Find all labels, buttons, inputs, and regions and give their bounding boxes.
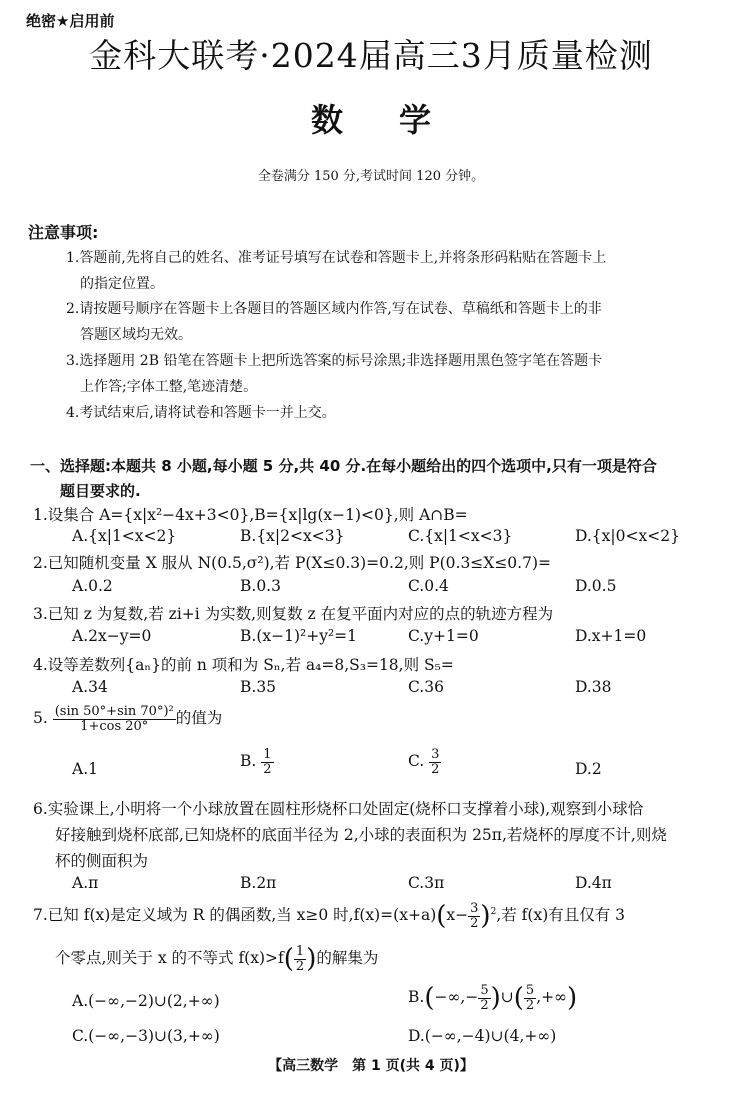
question-2-option-d[interactable]: D.0.5 — [575, 577, 616, 595]
paren-close: ) — [567, 983, 577, 1013]
question-6-stem-line1: 6.实验课上,小明将一个小球放置在圆柱形烧杯口处固定(烧杯口支撑着小球),观察到… — [33, 797, 643, 819]
question-2-option-c[interactable]: C.0.4 — [408, 577, 449, 595]
notice-heading: 注意事项: — [28, 220, 98, 243]
paren-close: ) — [480, 901, 490, 931]
option-text: ,+∞ — [536, 988, 567, 1006]
section-heading-cont: 题目要求的. — [60, 480, 141, 501]
question-7-option-a[interactable]: A.(−∞,−2)∪(2,+∞) — [72, 992, 220, 1010]
question-1-option-c[interactable]: C.{x|1<x<3} — [408, 527, 512, 545]
exam-title: 金科大联考·2024届高三3月质量检测 — [0, 30, 742, 77]
option-label: B. — [240, 752, 256, 770]
stem-text: 个零点,则关于 x 的不等式 f(x)>f — [55, 949, 284, 967]
numerator: 1 — [261, 748, 273, 763]
question-5-option-a[interactable]: A.1 — [72, 760, 98, 778]
question-5-denominator: 1+cos 20° — [53, 720, 176, 734]
question-4-option-a[interactable]: A.34 — [72, 678, 108, 696]
question-7-stem-line2: 个零点,则关于 x 的不等式 f(x)>f(12)的解集为 — [55, 945, 378, 973]
option-label: B. — [408, 988, 424, 1006]
subject-title: 数学 — [0, 95, 742, 141]
question-3-option-b[interactable]: B.(x−1)²+y²=1 — [240, 627, 357, 645]
question-1-option-b[interactable]: B.{x|2<x<3} — [240, 527, 344, 545]
question-6-option-d[interactable]: D.4π — [575, 874, 612, 892]
question-7-option-b[interactable]: B.(−∞,−52)∪(52,+∞) — [408, 984, 577, 1012]
question-1-option-d[interactable]: D.{x|0<x<2} — [575, 527, 680, 545]
paren-open: ( — [284, 944, 294, 974]
confidential-label: 绝密★启用前 — [26, 10, 114, 31]
question-3-option-d[interactable]: D.x+1=0 — [575, 627, 646, 645]
numerator: 5 — [524, 984, 536, 999]
denominator: 2 — [261, 763, 273, 777]
denominator: 2 — [429, 763, 441, 777]
notice-item-2-cont: 答题区域均无效。 — [80, 324, 192, 344]
question-5-stem: 5. (sin 50°+sin 70°)² 1+cos 20° 的值为 — [33, 705, 222, 733]
option-label: A. — [72, 760, 88, 778]
paren-open: ( — [436, 901, 446, 931]
subject-char-1: 数 — [311, 101, 343, 139]
question-7-option-c[interactable]: C.(−∞,−3)∪(3,+∞) — [72, 1027, 220, 1045]
question-2-option-a[interactable]: A.0.2 — [72, 577, 113, 595]
fraction: 52 — [524, 984, 536, 1012]
paren-open: ( — [514, 983, 524, 1013]
stem-text: 7.已知 f(x)是定义域为 R 的偶函数,当 x≥0 时,f(x)=(x+a) — [33, 906, 436, 924]
question-4-option-d[interactable]: D.38 — [575, 678, 612, 696]
question-6-option-a[interactable]: A.π — [72, 874, 98, 892]
full-score-note: 全卷满分 150 分,考试时间 120 分钟。 — [0, 165, 742, 184]
numerator: 3 — [429, 748, 441, 763]
question-5-fraction: (sin 50°+sin 70°)² 1+cos 20° — [53, 705, 176, 733]
question-6-stem-line3: 杯的侧面积为 — [55, 849, 148, 871]
page-footer: 【高三数学 第 1 页(共 4 页)】 — [0, 1055, 742, 1075]
fraction: 12 — [294, 945, 306, 973]
denominator: 2 — [294, 960, 306, 974]
question-4-stem: 4.设等差数列{aₙ}的前 n 项和为 Sₙ,若 a₄=8,S₃=18,则 S₅… — [33, 653, 454, 675]
question-6-stem-line2: 好接触到烧杯底部,已知烧杯的底面半径为 2,小球的表面积为 25π,若烧杯的厚度… — [55, 823, 667, 845]
notice-item-4: 4.考试结束后,请将试卷和答题卡一并上交。 — [66, 402, 336, 422]
denominator: 2 — [468, 917, 480, 931]
numerator: 5 — [478, 984, 490, 999]
section-heading: 一、选择题:本题共 8 小题,每小题 5 分,共 40 分.在每小题给出的四个选… — [30, 455, 657, 476]
question-5-numerator: (sin 50°+sin 70°)² — [53, 705, 176, 720]
notice-item-1-cont: 的指定位置。 — [80, 273, 164, 293]
question-3-option-c[interactable]: C.y+1=0 — [408, 627, 479, 645]
paren-close: ) — [491, 983, 501, 1013]
denominator: 2 — [478, 999, 490, 1013]
option-text: −∞,− — [434, 988, 478, 1006]
numerator: 3 — [468, 902, 480, 917]
stem-text: 的解集为 — [316, 949, 378, 967]
option-label: D. — [575, 760, 592, 778]
question-2-option-b[interactable]: B.0.3 — [240, 577, 281, 595]
option-value: 2 — [592, 760, 602, 778]
question-3-stem: 3.已知 z 为复数,若 zi+i 为实数,则复数 z 在复平面内对应的点的轨迹… — [33, 602, 553, 624]
question-6-option-b[interactable]: B.2π — [240, 874, 276, 892]
subject-char-2: 学 — [399, 101, 431, 139]
stem-text: ,若 f(x)有且仅有 3 — [496, 906, 625, 924]
question-1-option-a[interactable]: A.{x|1<x<2} — [72, 527, 176, 545]
fraction: 32 — [468, 902, 480, 930]
option-value: 1 — [88, 760, 98, 778]
question-6-option-c[interactable]: C.3π — [408, 874, 444, 892]
notice-item-3-cont: 上作答;字体工整,笔迹清楚。 — [80, 376, 257, 396]
option-fraction: 3 2 — [429, 748, 441, 776]
question-5-option-d[interactable]: D.2 — [575, 760, 602, 778]
denominator: 2 — [524, 999, 536, 1013]
numerator: 1 — [294, 945, 306, 960]
notice-item-1: 1.答题前,先将自己的姓名、准考证号填写在试卷和答题卡上,并将条形码粘贴在答题卡… — [66, 247, 606, 267]
paren-close: ) — [306, 944, 316, 974]
question-5-suffix: 的值为 — [176, 709, 223, 727]
notice-item-3: 3.选择题用 2B 铅笔在答题卡上把所选答案的标号涂黑;非选择题用黑色签字笔在答… — [66, 350, 602, 370]
question-1-stem: 1.设集合 A={x|x²−4x+3<0},B={x|lg(x−1)<0},则 … — [33, 503, 468, 525]
notice-item-2: 2.请按题号顺序在答题卡上各题目的答题区域内作答,写在试卷、草稿纸和答题卡上的非 — [66, 298, 602, 318]
question-4-option-b[interactable]: B.35 — [240, 678, 276, 696]
question-7-stem-line1: 7.已知 f(x)是定义域为 R 的偶函数,当 x≥0 时,f(x)=(x+a)… — [33, 902, 625, 930]
fraction: 52 — [478, 984, 490, 1012]
question-7-option-d[interactable]: D.(−∞,−4)∪(4,+∞) — [408, 1027, 556, 1045]
paren-open: ( — [424, 983, 434, 1013]
option-fraction: 1 2 — [261, 748, 273, 776]
stem-text: x− — [446, 906, 468, 924]
option-label: C. — [408, 752, 424, 770]
question-3-option-a[interactable]: A.2x−y=0 — [72, 627, 151, 645]
question-4-option-c[interactable]: C.36 — [408, 678, 444, 696]
question-5-option-c[interactable]: C. 3 2 — [408, 748, 441, 776]
question-5-option-b[interactable]: B. 1 2 — [240, 748, 274, 776]
question-5-number: 5. — [33, 709, 48, 727]
question-2-stem: 2.已知随机变量 X 服从 N(0.5,σ²),若 P(X≤0.3)=0.2,则… — [33, 551, 551, 573]
